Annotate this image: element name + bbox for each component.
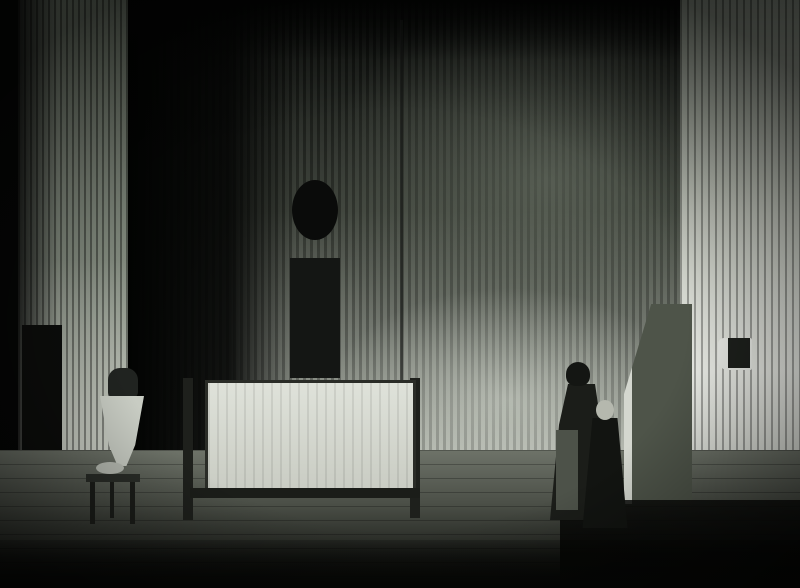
doorway bbox=[290, 258, 340, 378]
stool-seat bbox=[86, 474, 140, 482]
stool-leg bbox=[110, 482, 114, 518]
frame-leg-left bbox=[183, 378, 193, 520]
woman-head bbox=[566, 362, 590, 386]
loom-frame-base bbox=[190, 488, 420, 498]
loom-frame-panel bbox=[205, 380, 416, 494]
child-head bbox=[596, 400, 614, 420]
floor-shadow-front bbox=[0, 540, 800, 588]
small-pot bbox=[96, 462, 124, 474]
stool-leg bbox=[130, 482, 135, 524]
round-window bbox=[292, 180, 338, 240]
ceiling-shadow bbox=[128, 0, 680, 60]
urn-lid bbox=[108, 368, 138, 398]
woman-apron bbox=[556, 430, 578, 510]
wall-lamp-shade bbox=[728, 338, 750, 368]
stage-photograph: Black-and-white photograph of a sparse t… bbox=[0, 0, 800, 588]
stool-leg bbox=[90, 482, 95, 524]
